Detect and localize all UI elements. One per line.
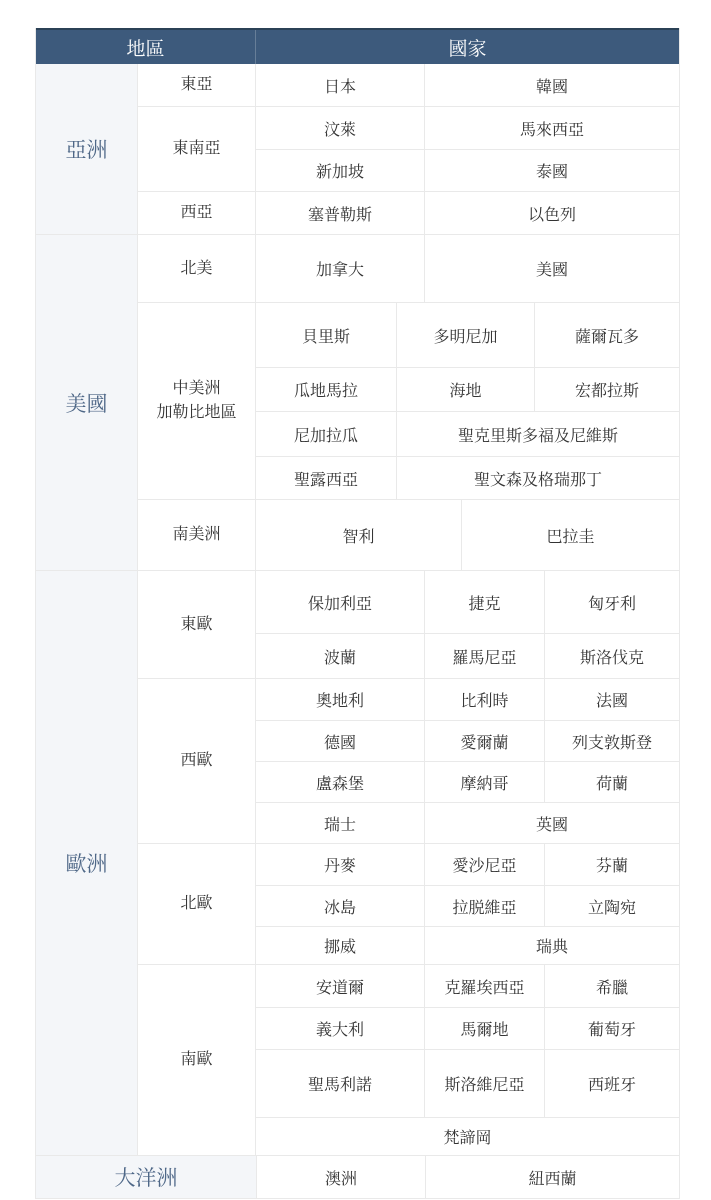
country-cell: 拉脱維亞 [424,886,544,926]
country-cell: 汶萊 [256,107,424,149]
country-cell: 尼加拉瓜 [256,412,396,456]
subsection-south-america: 南美洲 智利 巴拉圭 [138,499,679,570]
subregion-label-line: 中美洲 [172,377,220,401]
country-cell: 克羅埃西亞 [424,965,544,1007]
table-header: 地區 國家 [36,28,679,64]
country-cell: 塞普勒斯 [256,192,424,234]
subsection-north-america: 北美 加拿大 美國 [138,235,679,302]
subregion-cell: 西歐 [138,679,256,843]
table-row: 塞普勒斯 以色列 [256,192,679,234]
country-cell: 以色列 [424,192,679,234]
country-cell: 新加坡 [256,150,424,191]
country-cell: 馬來西亞 [424,107,679,149]
subsection-central-america-caribbean: 中美洲 加勒比地區 貝里斯 多明尼加 薩爾瓦多 瓜地馬拉 海地 宏都拉斯 [138,302,679,499]
header-country: 國家 [256,30,679,64]
country-cell: 韓國 [424,64,679,106]
country-cell: 薩爾瓦多 [534,303,679,367]
country-cell: 澳洲 [257,1156,425,1198]
country-cell: 保加利亞 [256,571,424,633]
table-row: 聖馬利諾 斯洛維尼亞 西班牙 [256,1049,679,1117]
country-cell: 宏都拉斯 [534,368,679,411]
country-cell: 希臘 [544,965,679,1007]
country-cell: 波蘭 [256,634,424,678]
subsection-south-europe: 南歐 安道爾 克羅埃西亞 希臘 義大利 馬爾地 葡萄牙 聖馬利諾 斯洛維尼亞 [138,964,679,1155]
country-cell: 比利時 [424,679,544,720]
subregion-cell: 東南亞 [138,107,256,191]
country-cell: 荷蘭 [544,762,679,802]
country-cell: 奧地利 [256,679,424,720]
header-region: 地區 [36,30,256,64]
country-cell: 美國 [424,235,679,302]
country-cell: 法國 [544,679,679,720]
country-cell: 冰島 [256,886,424,926]
country-cell: 挪威 [256,927,424,964]
region-cell: 美國 [36,235,138,570]
country-cell: 瓜地馬拉 [256,368,396,411]
table-row: 冰島 拉脱維亞 立陶宛 [256,885,679,926]
section-asia: 亞洲 東亞 日本 韓國 東南亞 汶萊 馬來西亞 [36,64,679,234]
section-oceania: 大洋洲 澳洲 紐西蘭 [36,1155,679,1198]
country-cell: 梵諦岡 [256,1118,679,1155]
country-cell: 海地 [396,368,534,411]
table-row: 盧森堡 摩納哥 荷蘭 [256,761,679,802]
table-row: 貝里斯 多明尼加 薩爾瓦多 [256,303,679,367]
country-cell: 貝里斯 [256,303,396,367]
country-cell: 聖克里斯多福及尼維斯 [396,412,679,456]
subsection-east-asia: 東亞 日本 韓國 [138,64,679,106]
subsection-north-europe: 北歐 丹麥 愛沙尼亞 芬蘭 冰島 拉脱維亞 立陶宛 挪威 瑞典 [138,843,679,964]
country-cell: 日本 [256,64,424,106]
section-americas: 美國 北美 加拿大 美國 中美洲 加勒比地區 貝里斯 [36,234,679,570]
subregion-cell: 東亞 [138,64,256,106]
country-cell: 德國 [256,721,424,761]
subregion-cell: 南美洲 [138,500,256,570]
subsection-east-europe: 東歐 保加利亞 捷克 匈牙利 波蘭 羅馬尼亞 斯洛伐克 [138,571,679,678]
country-cell: 馬爾地 [424,1008,544,1049]
subregion-cell: 北歐 [138,844,256,964]
country-cell: 愛爾蘭 [424,721,544,761]
country-cell: 葡萄牙 [544,1008,679,1049]
table-row: 瑞士 英國 [256,802,679,843]
subregion-cell: 西亞 [138,192,256,234]
country-cell: 盧森堡 [256,762,424,802]
country-cell: 羅馬尼亞 [424,634,544,678]
table-row: 新加坡 泰國 [256,149,679,191]
table-row: 聖露西亞 聖文森及格瑞那丁 [256,456,679,499]
region-cell: 大洋洲 [36,1156,257,1198]
country-cell: 愛沙尼亞 [424,844,544,885]
country-cell: 紐西蘭 [425,1156,679,1198]
country-cell: 斯洛伐克 [544,634,679,678]
table-row: 奧地利 比利時 法國 [256,679,679,720]
country-cell: 聖馬利諾 [256,1050,424,1117]
table-row: 梵諦岡 [256,1117,679,1155]
table-row: 挪威 瑞典 [256,926,679,964]
table-row: 安道爾 克羅埃西亞 希臘 [256,965,679,1007]
subregion-cell: 中美洲 加勒比地區 [138,303,256,499]
table-row: 瓜地馬拉 海地 宏都拉斯 [256,367,679,411]
table-row: 智利 巴拉圭 [256,500,679,570]
country-cell: 巴拉圭 [461,500,679,570]
table-row: 保加利亞 捷克 匈牙利 [256,571,679,633]
country-cell: 瑞士 [256,803,424,843]
subregion-cell: 南歐 [138,965,256,1155]
subsection-west-asia: 西亞 塞普勒斯 以色列 [138,191,679,234]
country-cell: 安道爾 [256,965,424,1007]
table-row: 汶萊 馬來西亞 [256,107,679,149]
country-cell: 聖文森及格瑞那丁 [396,457,679,499]
country-cell: 摩納哥 [424,762,544,802]
table-row: 義大利 馬爾地 葡萄牙 [256,1007,679,1049]
country-cell: 智利 [256,500,461,570]
country-cell: 泰國 [424,150,679,191]
country-cell: 匈牙利 [544,571,679,633]
subsection-southeast-asia: 東南亞 汶萊 馬來西亞 新加坡 泰國 [138,106,679,191]
country-cell: 瑞典 [424,927,679,964]
table-row: 日本 韓國 [256,64,679,106]
subsection-west-europe: 西歐 奧地利 比利時 法國 德國 愛爾蘭 列支敦斯登 盧森堡 摩納哥 [138,678,679,843]
country-cell: 加拿大 [256,235,424,302]
table-row: 加拿大 美國 [256,235,679,302]
section-europe: 歐洲 東歐 保加利亞 捷克 匈牙利 波蘭 羅馬尼亞 斯洛伐克 [36,570,679,1155]
country-cell: 芬蘭 [544,844,679,885]
country-cell: 西班牙 [544,1050,679,1117]
country-cell: 義大利 [256,1008,424,1049]
table-row: 德國 愛爾蘭 列支敦斯登 [256,720,679,761]
table-row: 澳洲 紐西蘭 [257,1156,679,1198]
country-cell: 捷克 [424,571,544,633]
country-cell: 多明尼加 [396,303,534,367]
subregion-cell: 東歐 [138,571,256,678]
table-row: 波蘭 羅馬尼亞 斯洛伐克 [256,633,679,678]
region-cell: 歐洲 [36,571,138,1155]
country-cell: 列支敦斯登 [544,721,679,761]
region-cell: 亞洲 [36,64,138,234]
table-row: 尼加拉瓜 聖克里斯多福及尼維斯 [256,411,679,456]
country-cell: 立陶宛 [544,886,679,926]
subregion-cell: 北美 [138,235,256,302]
country-cell: 英國 [424,803,679,843]
country-cell: 斯洛維尼亞 [424,1050,544,1117]
country-cell: 丹麥 [256,844,424,885]
country-cell: 聖露西亞 [256,457,396,499]
subregion-label-line: 加勒比地區 [156,401,236,425]
region-country-table: 地區 國家 亞洲 東亞 日本 韓國 東南亞 汶萊 馬來西亞 [35,28,680,1199]
table-row: 丹麥 愛沙尼亞 芬蘭 [256,844,679,885]
